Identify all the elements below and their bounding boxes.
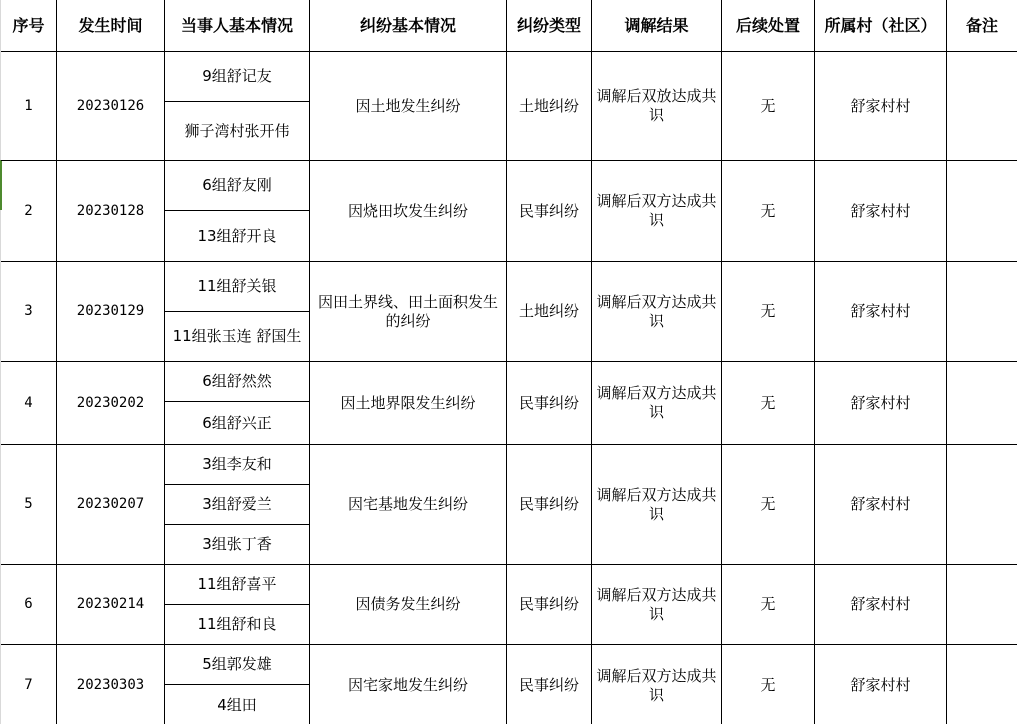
cell-followup[interactable]: 无 [722, 262, 815, 362]
cell-index[interactable]: 4 [1, 362, 57, 445]
cell-village[interactable]: 舒家村村 [815, 161, 947, 262]
cell-type[interactable]: 民事纠纷 [507, 161, 592, 262]
cell-date[interactable]: 20230214 [57, 565, 165, 645]
cell-party[interactable]: 6组舒然然 [165, 362, 310, 402]
cell-party[interactable]: 3组李友和 [165, 445, 310, 485]
cell-date[interactable]: 20230202 [57, 362, 165, 445]
cell-type[interactable]: 土地纠纷 [507, 262, 592, 362]
cell-party[interactable]: 6组舒友刚 [165, 161, 310, 211]
cell-date[interactable]: 20230126 [57, 52, 165, 161]
cell-index[interactable]: 1 [1, 52, 57, 161]
cell-village[interactable]: 舒家村村 [815, 445, 947, 565]
cell-followup[interactable]: 无 [722, 52, 815, 161]
cell-result[interactable]: 调解后双方达成共识 [592, 445, 722, 565]
cell-situation[interactable]: 因田土界线、田土面积发生的纠纷 [310, 262, 507, 362]
cell-type[interactable]: 土地纠纷 [507, 52, 592, 161]
header-village[interactable]: 所属村（社区） [815, 0, 947, 52]
cell-index[interactable]: 3 [1, 262, 57, 362]
cell-result[interactable]: 调解后双方达成共识 [592, 262, 722, 362]
header-type[interactable]: 纠纷类型 [507, 0, 592, 52]
cell-result[interactable]: 调解后双放达成共识 [592, 52, 722, 161]
cell-index[interactable]: 7 [1, 645, 57, 724]
cell-party[interactable]: 11组舒关银 [165, 262, 310, 312]
cell-index[interactable]: 2 [1, 161, 57, 262]
cell-party[interactable]: 11组舒和良 [165, 605, 310, 645]
cell-village[interactable]: 舒家村村 [815, 362, 947, 445]
cell-result[interactable]: 调解后双方达成共识 [592, 161, 722, 262]
header-parties[interactable]: 当事人基本情况 [165, 0, 310, 52]
header-date[interactable]: 发生时间 [57, 0, 165, 52]
header-situation[interactable]: 纠纷基本情况 [310, 0, 507, 52]
cell-result[interactable]: 调解后双方达成共识 [592, 565, 722, 645]
cell-date[interactable]: 20230128 [57, 161, 165, 262]
cell-result[interactable]: 调解后双方达成共识 [592, 645, 722, 724]
cell-followup[interactable]: 无 [722, 565, 815, 645]
cell-village[interactable]: 舒家村村 [815, 262, 947, 362]
spreadsheet: 序号 发生时间 当事人基本情况 纠纷基本情况 纠纷类型 调解结果 后续处置 所属… [0, 0, 1017, 724]
cell-village[interactable]: 舒家村村 [815, 565, 947, 645]
cell-followup[interactable]: 无 [722, 161, 815, 262]
cell-type[interactable]: 民事纠纷 [507, 645, 592, 724]
cell-party[interactable]: 13组舒开良 [165, 211, 310, 262]
cell-followup[interactable]: 无 [722, 362, 815, 445]
cell-party[interactable]: 3组舒爱兰 [165, 485, 310, 525]
cell-note[interactable] [947, 52, 1017, 161]
cell-party[interactable]: 11组舒喜平 [165, 565, 310, 605]
cell-followup[interactable]: 无 [722, 445, 815, 565]
cell-situation[interactable]: 因宅家地发生纠纷 [310, 645, 507, 724]
cell-type[interactable]: 民事纠纷 [507, 362, 592, 445]
cell-date[interactable]: 20230207 [57, 445, 165, 565]
header-index[interactable]: 序号 [1, 0, 57, 52]
cell-party[interactable]: 11组张玉连 舒国生 [165, 312, 310, 362]
cell-party[interactable]: 狮子湾村张开伟 [165, 102, 310, 161]
cell-situation[interactable]: 因土地界限发生纠纷 [310, 362, 507, 445]
cell-situation[interactable]: 因烧田坎发生纠纷 [310, 161, 507, 262]
cell-party[interactable]: 4组田 [165, 685, 310, 724]
header-note[interactable]: 备注 [947, 0, 1017, 52]
cell-result[interactable]: 调解后双方达成共识 [592, 362, 722, 445]
cell-party[interactable]: 3组张丁香 [165, 525, 310, 565]
cell-situation[interactable]: 因宅基地发生纠纷 [310, 445, 507, 565]
cell-note[interactable] [947, 445, 1017, 565]
cell-date[interactable]: 20230129 [57, 262, 165, 362]
cell-village[interactable]: 舒家村村 [815, 52, 947, 161]
cell-index[interactable]: 6 [1, 565, 57, 645]
cell-type[interactable]: 民事纠纷 [507, 445, 592, 565]
cell-party[interactable]: 6组舒兴正 [165, 402, 310, 445]
header-followup[interactable]: 后续处置 [722, 0, 815, 52]
cell-village[interactable]: 舒家村村 [815, 645, 947, 724]
cell-index[interactable]: 5 [1, 445, 57, 565]
cell-followup[interactable]: 无 [722, 645, 815, 724]
cell-party[interactable]: 5组郭发雄 [165, 645, 310, 685]
cell-type[interactable]: 民事纠纷 [507, 565, 592, 645]
cell-note[interactable] [947, 262, 1017, 362]
cell-note[interactable] [947, 565, 1017, 645]
cell-situation[interactable]: 因土地发生纠纷 [310, 52, 507, 161]
cell-party[interactable]: 9组舒记友 [165, 52, 310, 102]
cell-note[interactable] [947, 645, 1017, 724]
cell-situation[interactable]: 因债务发生纠纷 [310, 565, 507, 645]
cell-note[interactable] [947, 161, 1017, 262]
cell-date[interactable]: 20230303 [57, 645, 165, 724]
cell-note[interactable] [947, 362, 1017, 445]
header-result[interactable]: 调解结果 [592, 0, 722, 52]
